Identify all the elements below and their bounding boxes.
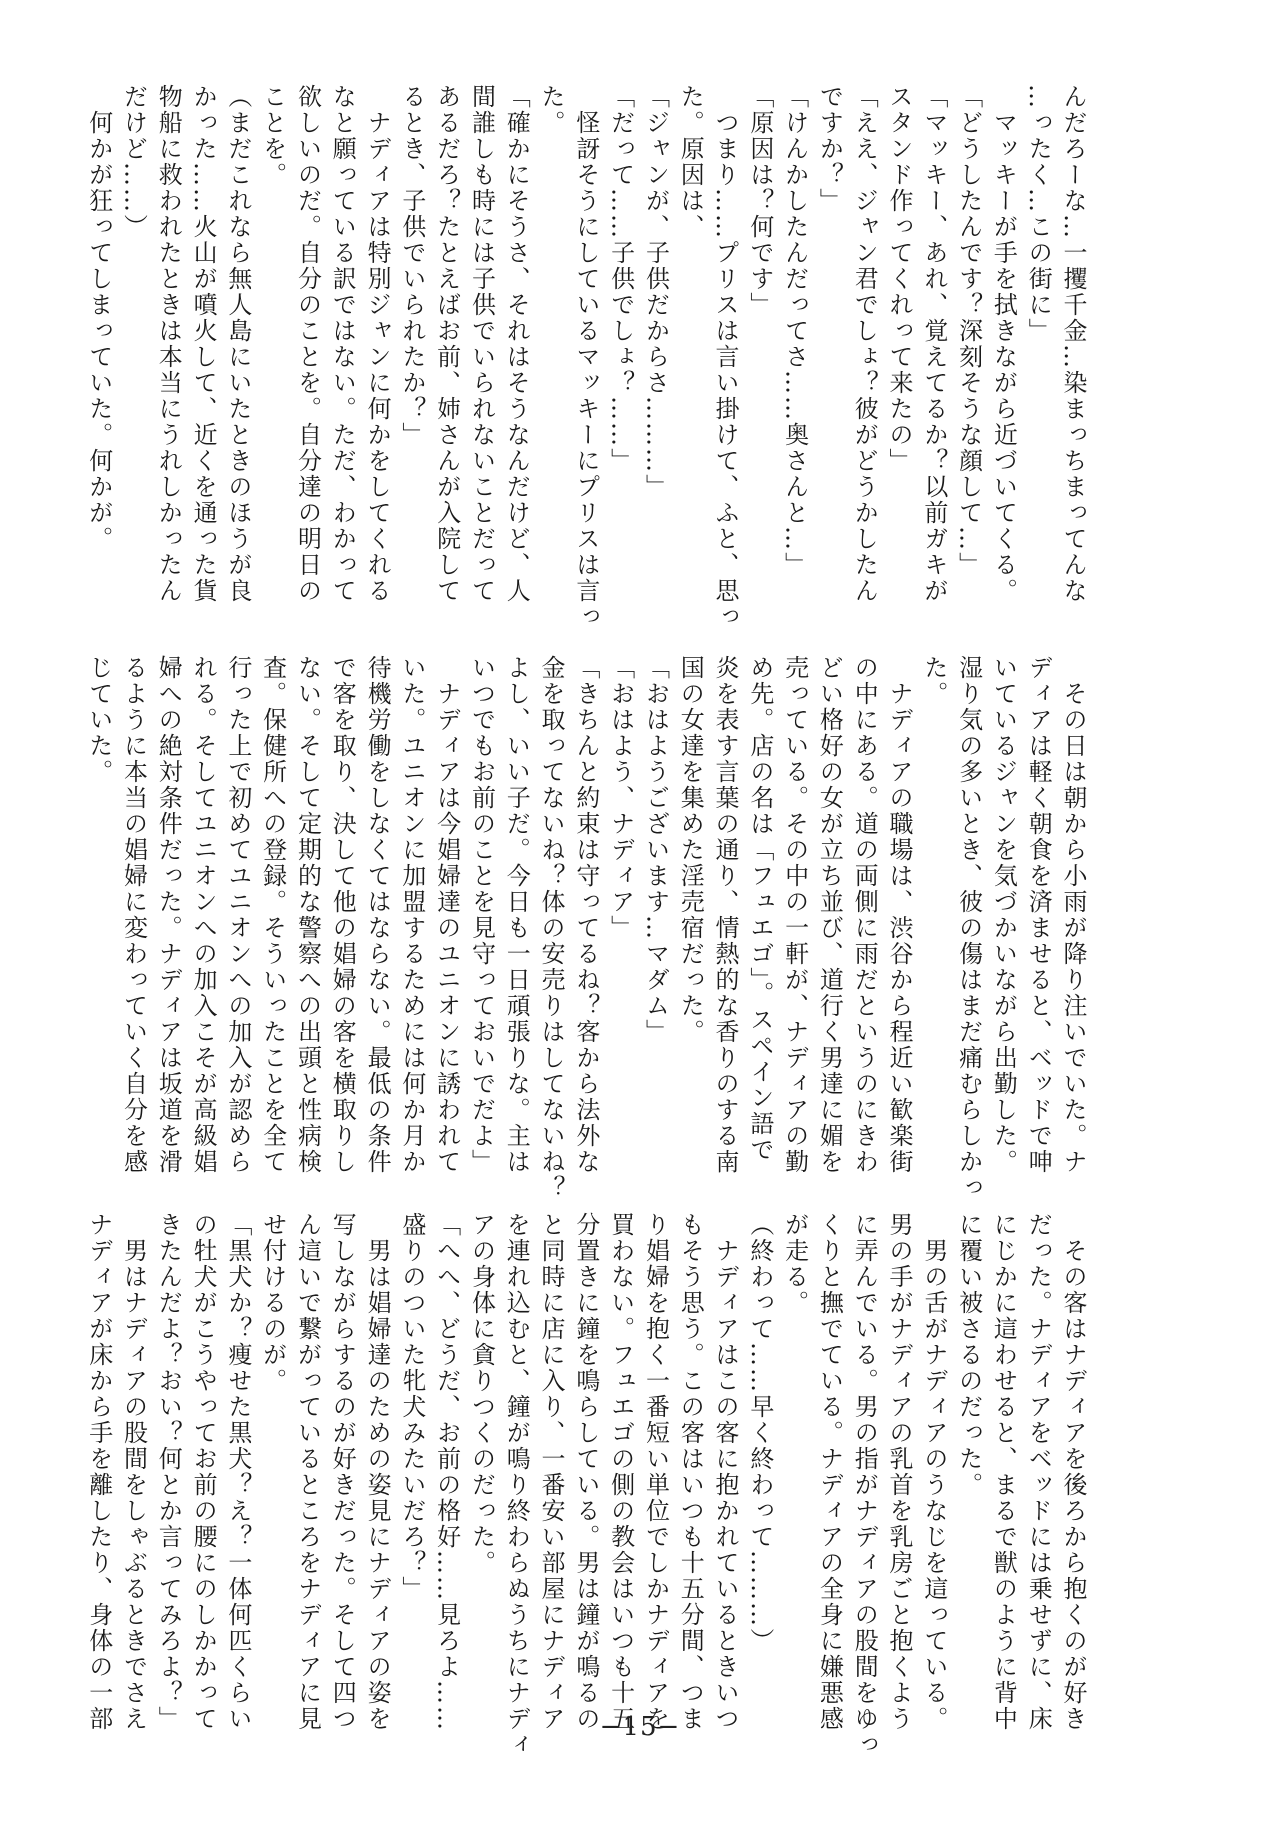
text-column: ですか？」 — [812, 84, 847, 646]
text-column: 金を取ってないね？体の安売りはしてないね？ — [533, 655, 568, 1217]
text-column: 婦への絶対条件だった。ナディアは坂道を滑 — [150, 655, 185, 1217]
text-column: 欲しいのだ。自分のことを。自分達の明日の — [290, 84, 325, 646]
text-column: ナディアはこの客に抱かれているときいつ — [707, 1212, 742, 1774]
text-block-middle: その日は朝から小雨が降り注いでいた。ナディアは軽く朝食を済ませると、ベッドで呻い… — [81, 655, 1090, 1217]
text-column: 「おはよう、ナディア」 — [603, 655, 638, 1217]
text-column: と同時に店に入り、一番安い部屋にナディア — [533, 1212, 568, 1774]
text-column: の中にある。道の両側に雨だというのにきわ — [846, 655, 881, 1217]
text-column: 買わない。フュエゴの側の教会はいつも十五 — [603, 1212, 638, 1774]
text-column: …ったく…この街に」 — [1020, 84, 1055, 646]
text-column: アの身体に貪りつくのだった。 — [464, 1212, 499, 1774]
text-column: もそう思う。この客はいつも十五分間、つま — [672, 1212, 707, 1774]
text-column: 写しながらするのが好きだった。そして四つ — [324, 1212, 359, 1774]
text-column: 男はナディアの股間をしゃぶるときでさえ — [116, 1212, 151, 1774]
text-column: 行った上で初めてユニオンへの加入が認めら — [220, 655, 255, 1217]
text-column: 売っている。その中の一軒が、ナディアの勤 — [777, 655, 812, 1217]
text-column: つまり……プリスは言い掛けて、ふと、思っ — [707, 84, 742, 646]
text-column: 湿り気の多いとき、彼の傷はまだ痛むらしかっ — [951, 655, 986, 1217]
text-column: ディアは軽く朝食を済ませると、ベッドで呻 — [1020, 655, 1055, 1217]
text-column: ナディアは特別ジャンに何かをしてくれる — [359, 84, 394, 646]
text-column: にじかに這わせると、まるで獣のように背中 — [986, 1212, 1021, 1774]
text-column: た。 — [533, 84, 568, 646]
text-column: いつでもお前のことを見守っておいでだよ」 — [464, 655, 499, 1217]
text-column: 「ジャンが、子供だからさ………」 — [638, 84, 673, 646]
text-column: せ付けるのが。 — [255, 1212, 290, 1774]
text-column: ない。そして定期的な警察への出頭と性病検 — [290, 655, 325, 1217]
text-column: いているジャンを気づかいながら出勤した。 — [986, 655, 1021, 1217]
text-column: 「だって……子供でしょ？……」 — [603, 84, 638, 646]
text-column: ことを。 — [255, 84, 290, 646]
text-column: あるだろ？たとえばお前、姉さんが入院して — [429, 84, 464, 646]
text-column: ナディアは今娼婦達のユニオンに誘われて — [429, 655, 464, 1217]
text-column: いた。ユニオンに加盟するためには何か月か — [394, 655, 429, 1217]
text-column: 「確かにそうさ、それはそうなんだけど、人 — [498, 84, 533, 646]
text-column: だけど……） — [116, 84, 151, 646]
text-column: ナディアが床から手を離したり、身体の一部 — [81, 1212, 116, 1774]
text-column: 男の舌がナディアのうなじを這っている。 — [916, 1212, 951, 1774]
text-column: 待機労働をしなくてはならない。最低の条件 — [359, 655, 394, 1217]
text-column: れる。そしてユニオンへの加入こそが高級娼 — [185, 655, 220, 1217]
text-column: が走る。 — [777, 1212, 812, 1774]
text-column: の牡犬がこうやってお前の腰にのしかかって — [185, 1212, 220, 1774]
text-column: 男は娼婦達のための姿見にナディアの姿を — [359, 1212, 394, 1774]
text-column: その客はナディアを後ろから抱くのが好き — [1055, 1212, 1090, 1774]
text-block-bottom: その客はナディアを後ろから抱くのが好きだった。ナディアをベッドには乗せずに、床に… — [81, 1212, 1090, 1774]
scanned-page: んだろーな…一攫千金…染まっちまってんな…ったく…この街に」 マッキーが手を拭き… — [0, 0, 1280, 1831]
text-column: ナディアの職場は、渋谷から程近い歓楽街 — [881, 655, 916, 1217]
page-number: −15− — [0, 1712, 1280, 1742]
text-column: スタンド作ってくれって来たの」 — [881, 84, 916, 646]
text-column: で客を取り、決して他の娼婦の客を横取りし — [324, 655, 359, 1217]
text-column: 物船に救われたときは本当にうれしかったん — [150, 84, 185, 646]
text-column: 何かが狂ってしまっていた。何かが。 — [81, 84, 116, 646]
text-column: 「へへ、どうだ、お前の格好……見ろよ…… — [429, 1212, 464, 1774]
text-column: 男の手がナディアの乳首を乳房ごと抱くよう — [881, 1212, 916, 1774]
text-column: 「ええ、ジャン君でしょ？彼がどうかしたん — [846, 84, 881, 646]
text-column: よし、いい子だ。今日も一日頑張りな。主は — [498, 655, 533, 1217]
text-column: るように本当の娼婦に変わっていく自分を感 — [116, 655, 151, 1217]
text-column: 「おはようございます…マダム」 — [638, 655, 673, 1217]
text-column: 「きちんと約束は守ってるね？客から法外な — [568, 655, 603, 1217]
text-column: 怪訝そうにしているマッキーにプリスは言っ — [568, 84, 603, 646]
text-column: なと願っている訳ではない。ただ、わかって — [324, 84, 359, 646]
text-block-top: んだろーな…一攫千金…染まっちまってんな…ったく…この街に」 マッキーが手を拭き… — [81, 84, 1090, 646]
text-column: どい格好の女が立ち並び、道行く男達に媚を — [812, 655, 847, 1217]
text-column: るとき、子供でいられたか？」 — [394, 84, 429, 646]
text-column: 「どうしたんです？深刻そうな顔して…」 — [951, 84, 986, 646]
text-column: り娼婦を抱く一番短い単位でしかナディアを — [638, 1212, 673, 1774]
text-column: くりと撫でている。ナディアの全身に嫌悪感 — [812, 1212, 847, 1774]
text-column: に弄んでいる。男の指がナディアの股間をゆっ — [846, 1212, 881, 1774]
text-column: 「黒犬か？痩せた黒犬？え？一体何匹くらい — [220, 1212, 255, 1774]
text-column: 「けんかしたんだってさ……奥さんと…」 — [777, 84, 812, 646]
text-column: だった。ナディアをベッドには乗せずに、床 — [1020, 1212, 1055, 1774]
text-column: た。原因は、 — [672, 84, 707, 646]
text-column: に覆い被さるのだった。 — [951, 1212, 986, 1774]
text-column: 「マッキー、あれ、覚えてるか？以前ガキが — [916, 84, 951, 646]
text-column: その日は朝から小雨が降り注いでいた。ナ — [1055, 655, 1090, 1217]
text-column: んだろーな…一攫千金…染まっちまってんな — [1055, 84, 1090, 646]
text-column: じていた。 — [81, 655, 116, 1217]
text-column: 「原因は？何です」 — [742, 84, 777, 646]
text-column: め先。店の名は「フュエゴ」。スペイン語で — [742, 655, 777, 1217]
text-column: を連れ込むと、鐘が鳴り終わらぬうちにナディ — [498, 1212, 533, 1774]
text-column: マッキーが手を拭きながら近づいてくる。 — [986, 84, 1021, 646]
text-column: （まだこれなら無人島にいたときのほうが良 — [220, 84, 255, 646]
text-column: かった……火山が噴火して、近くを通った貨 — [185, 84, 220, 646]
text-column: 査。保健所への登録。そういったことを全て — [255, 655, 290, 1217]
text-column: （終わって……早く終わって………） — [742, 1212, 777, 1774]
text-column: 炎を表す言葉の通り、情熱的な香りのする南 — [707, 655, 742, 1217]
text-column: 国の女達を集めた淫売宿だった。 — [672, 655, 707, 1217]
text-column: 盛りのついた牝犬みたいだろ？」 — [394, 1212, 429, 1774]
text-column: 分置きに鐘を鳴らしている。男は鐘が鳴るの — [568, 1212, 603, 1774]
text-column: た。 — [916, 655, 951, 1217]
text-column: 間誰しも時には子供でいられないことだって — [464, 84, 499, 646]
text-column: きたんだよ？おい？何とか言ってみろよ？」 — [150, 1212, 185, 1774]
text-column: ん這いで繋がっているところをナディアに見 — [290, 1212, 325, 1774]
